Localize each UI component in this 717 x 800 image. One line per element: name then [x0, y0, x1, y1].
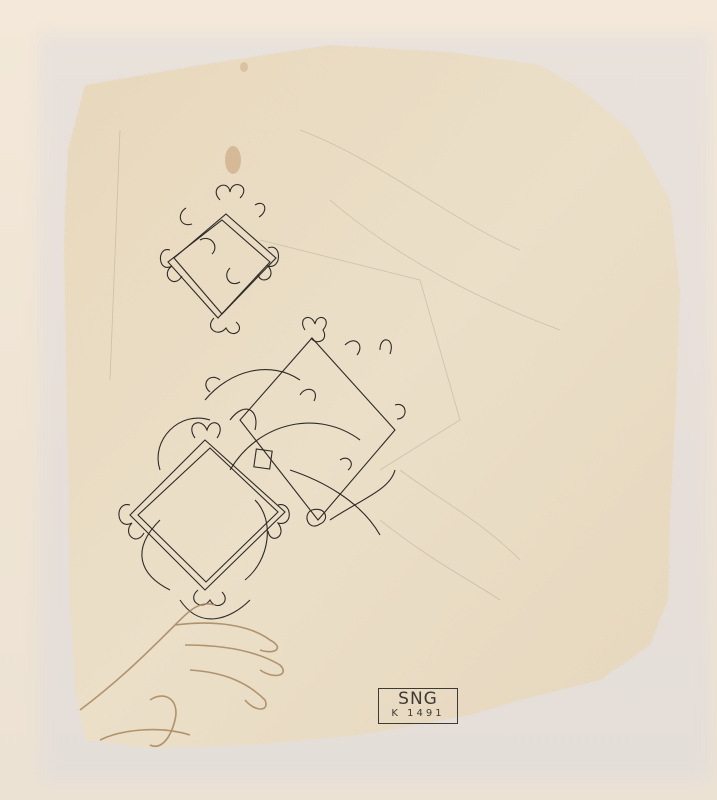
stamp-inventory-number: K 1491 — [379, 708, 457, 720]
stamp-institution: SNG — [379, 690, 457, 708]
artwork-scan: SNG K 1491 — [0, 0, 717, 800]
collection-stamp: SNG K 1491 — [378, 688, 458, 724]
drawing-sheet — [0, 0, 717, 800]
